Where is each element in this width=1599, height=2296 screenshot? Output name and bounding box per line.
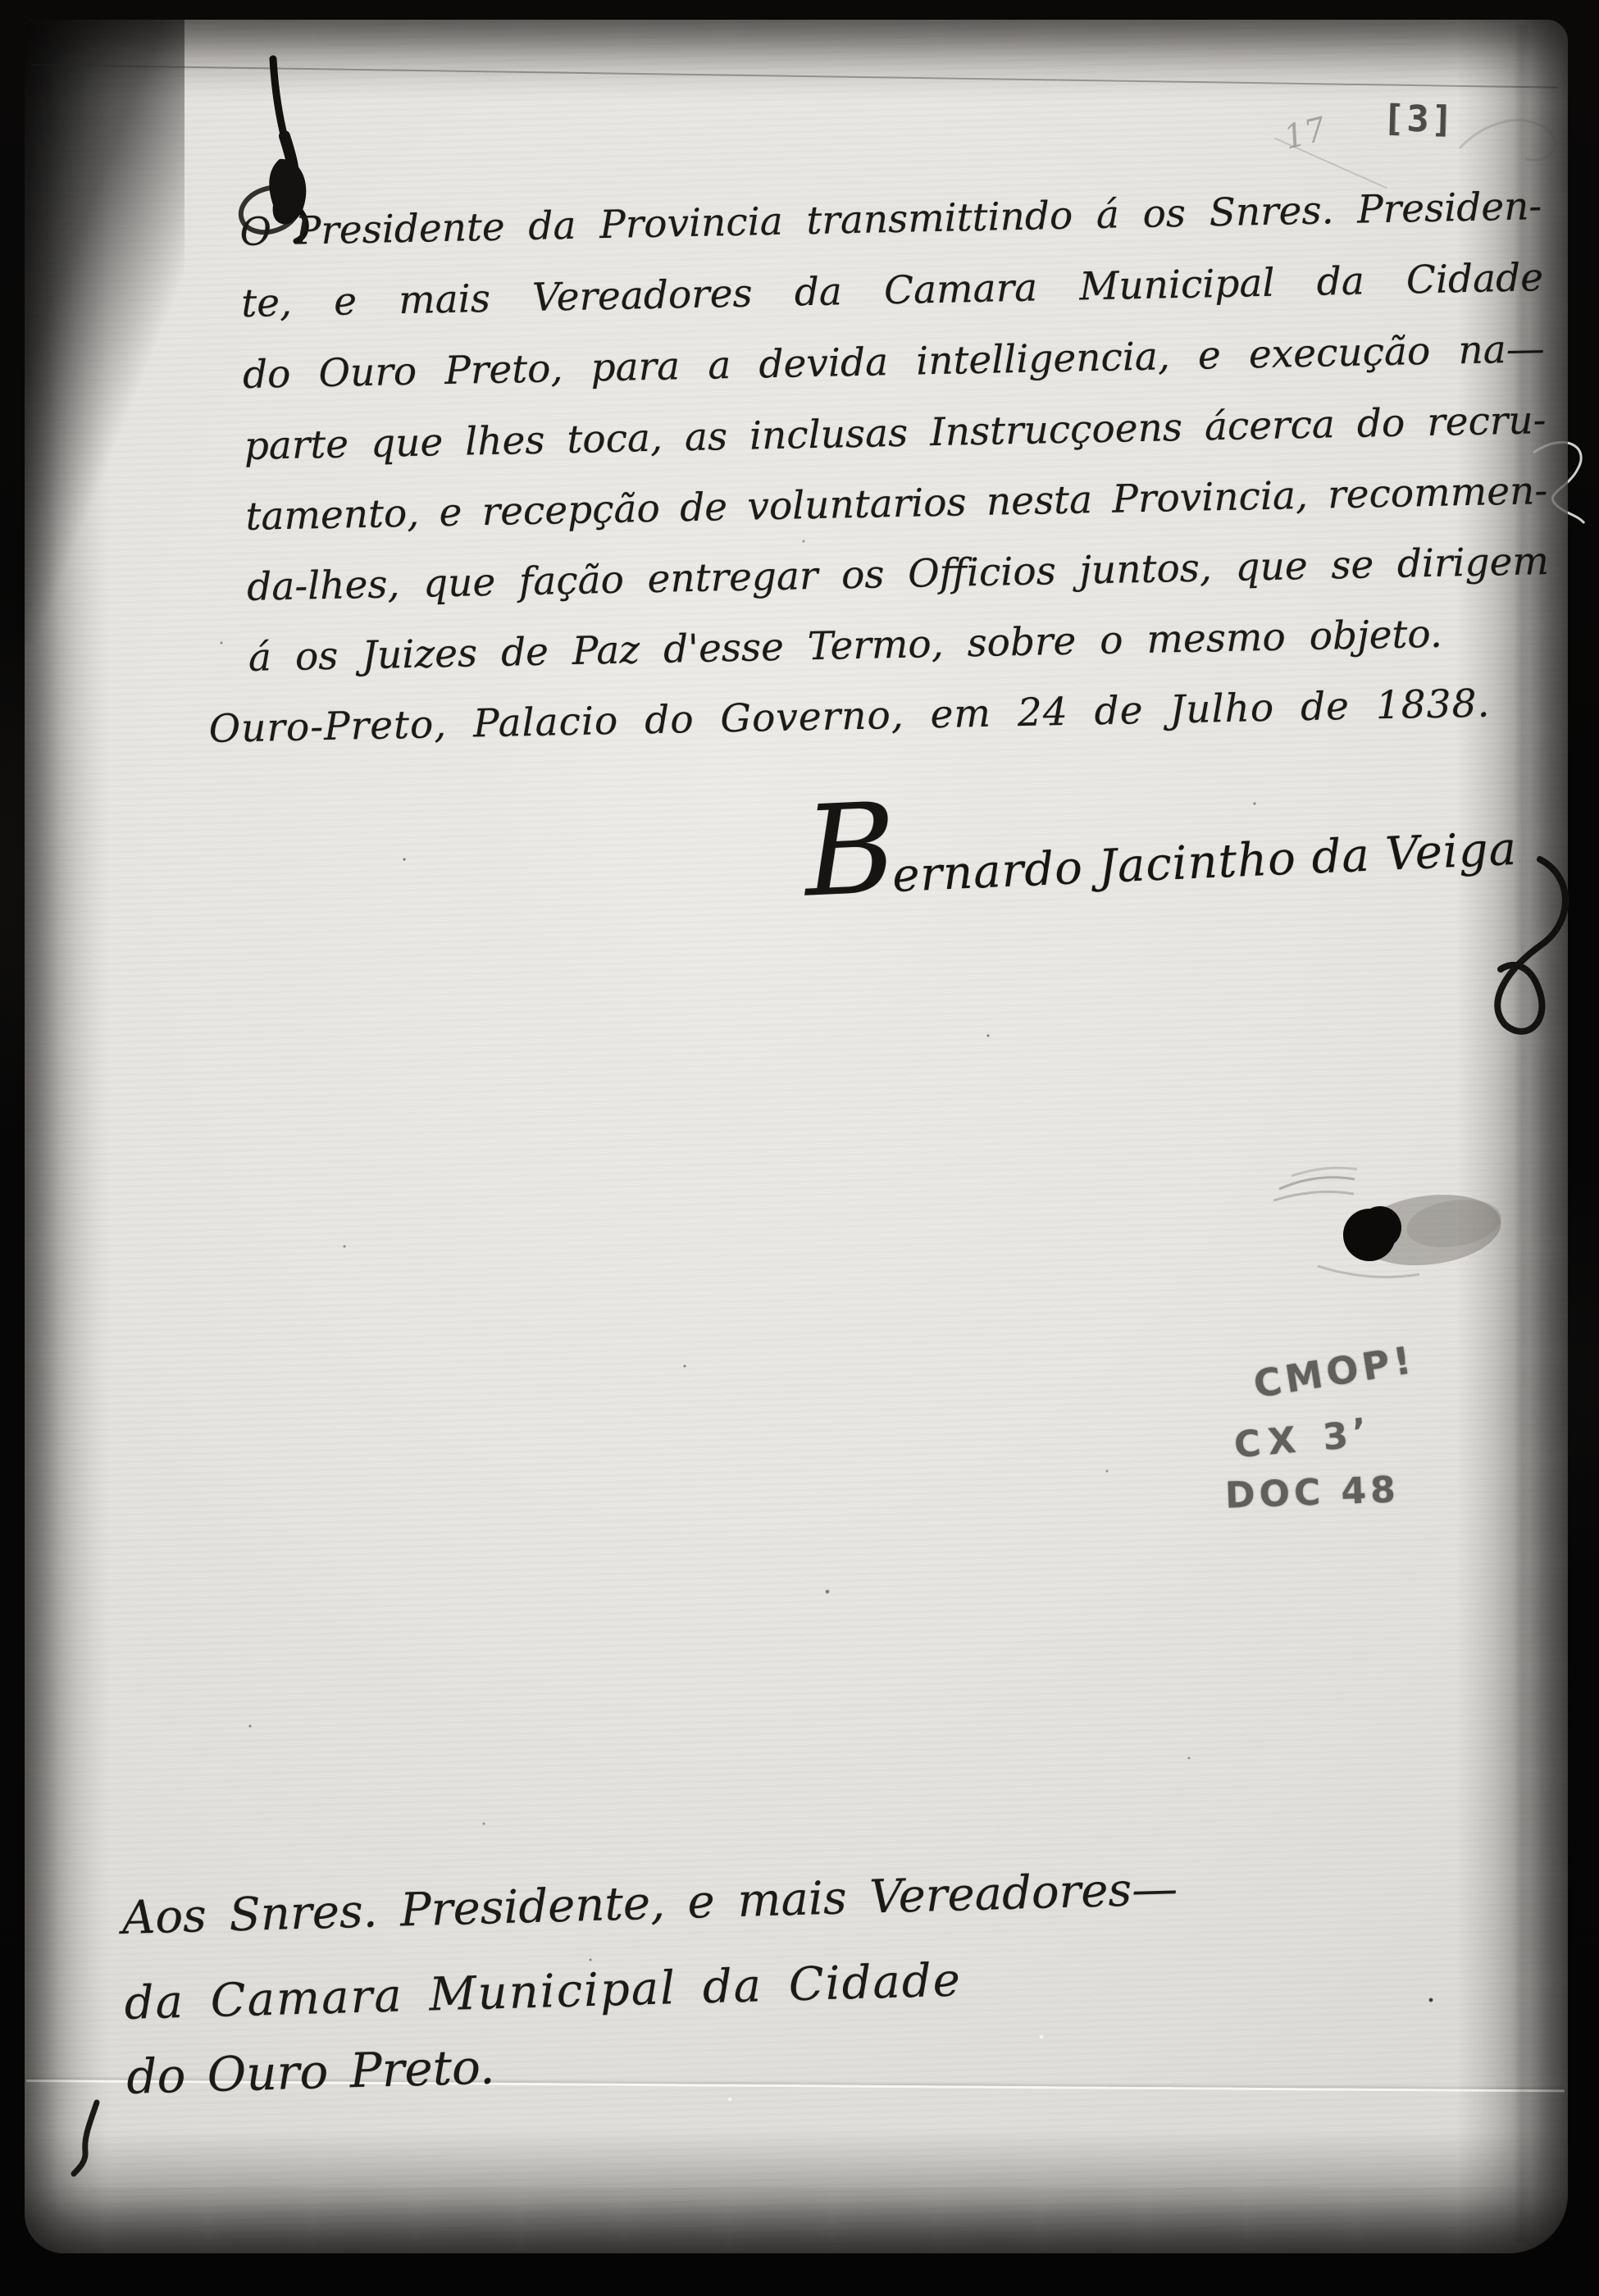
- address-line: do Ouro Preto.: [125, 2039, 495, 2104]
- archive-stamp-doc: DOC 48: [1224, 1469, 1400, 1516]
- manuscript-scan: 17 [3] O Presidente da Provincia transmi…: [0, 0, 1599, 2296]
- page-number-stamp: [3]: [1382, 98, 1455, 141]
